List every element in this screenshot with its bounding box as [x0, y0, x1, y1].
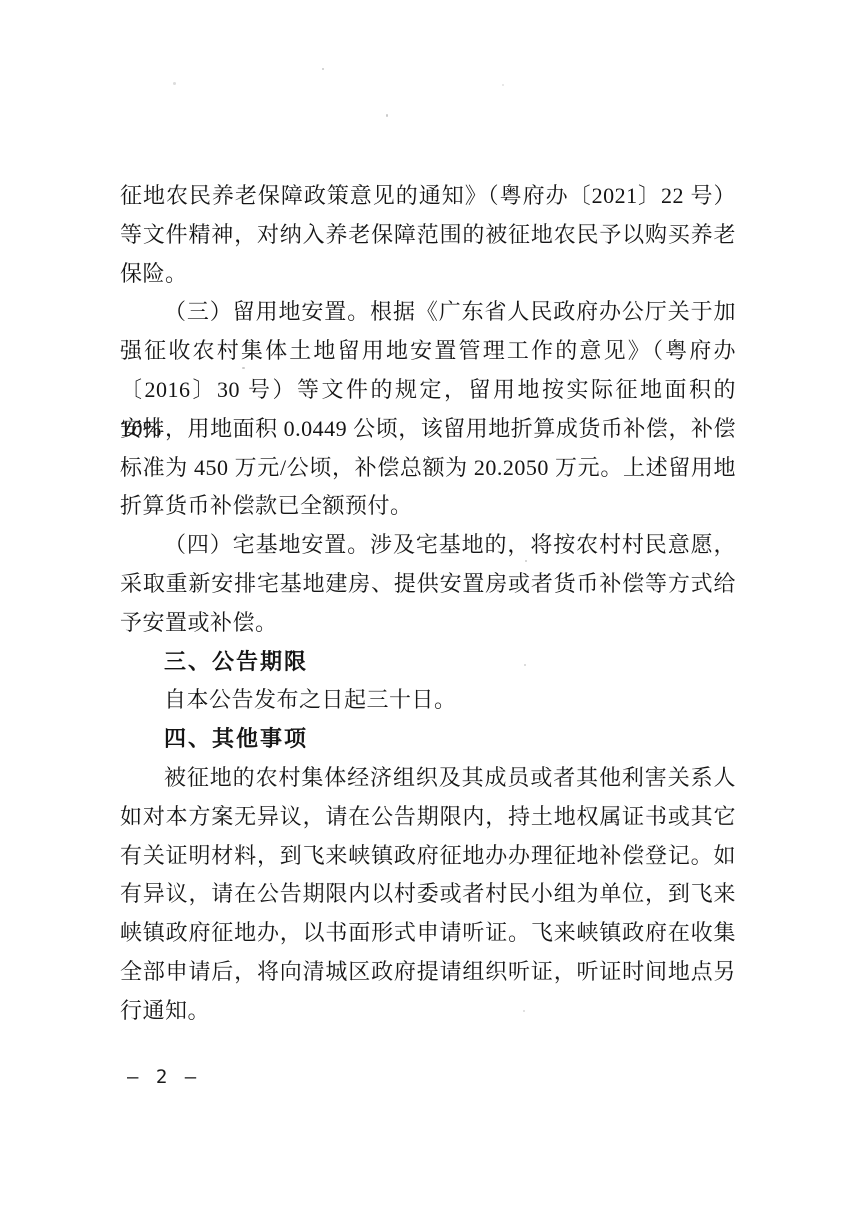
text-line: 被征地的农村集体经济组织及其成员或者其他利害关系人 [120, 759, 736, 798]
text-line: 全部申请后，将向清城区政府提请组织听证，听证时间地点另 [120, 953, 736, 992]
text-line: 折算货币补偿款已全额预付。 [120, 487, 736, 526]
text-line: 〔2016〕30 号）等文件的规定，留用地按实际征地面积的 10% [120, 371, 736, 410]
scan-speck [242, 367, 245, 369]
text-line: 予安置或补偿。 [120, 604, 736, 643]
section-heading: 三、公告期限 [120, 643, 736, 682]
text-line: 征地农民养老保障政策意见的通知》（粤府办〔2021〕22 号） [120, 177, 736, 216]
text-line: 保险。 [120, 255, 736, 294]
text-line: 有关证明材料，到飞来峡镇政府征地办办理征地补偿登记。如 [120, 837, 736, 876]
page-number: – 2 – [127, 1066, 199, 1088]
text-line: 等文件精神，对纳入养老保障范围的被征地农民予以购买养老 [120, 216, 736, 255]
text-line: （四）宅基地安置。涉及宅基地的，将按农村村民意愿， [120, 526, 736, 565]
scan-speck [173, 82, 176, 85]
text-line: 如对本方案无异议，请在公告期限内，持土地权属证书或其它 [120, 798, 736, 837]
text-line: 峡镇政府征地办，以书面形式申请听证。飞来峡镇政府在收集 [120, 914, 736, 953]
scan-speck [322, 68, 324, 70]
scan-speck [523, 1010, 525, 1012]
section-heading: 四、其他事项 [120, 720, 736, 759]
scan-speck [502, 84, 504, 86]
text-line: 标准为 450 万元/公顷，补偿总额为 20.2050 万元。上述留用地 [120, 449, 736, 488]
scan-speck [524, 664, 526, 666]
text-line: 行通知。 [120, 992, 736, 1031]
text-line: （三）留用地安置。根据《广东省人民政府办公厅关于加 [120, 293, 736, 332]
scan-speck [386, 114, 388, 117]
scan-speck [525, 560, 527, 562]
text-line: 安排，用地面积 0.0449 公顷，该留用地折算成货币补偿，补偿 [120, 410, 736, 449]
text-line: 强征收农村集体土地留用地安置管理工作的意见》（粤府办 [120, 332, 736, 371]
text-line: 自本公告发布之日起三十日。 [120, 681, 736, 720]
text-line: 采取重新安排宅基地建房、提供安置房或者货币补偿等方式给 [120, 565, 736, 604]
scanned-document-page: 征地农民养老保障政策意见的通知》（粤府办〔2021〕22 号） 等文件精神，对纳… [0, 0, 850, 1217]
document-body: 征地农民养老保障政策意见的通知》（粤府办〔2021〕22 号） 等文件精神，对纳… [120, 177, 736, 1031]
text-line: 有异议，请在公告期限内以村委或者村民小组为单位，到飞来 [120, 875, 736, 914]
